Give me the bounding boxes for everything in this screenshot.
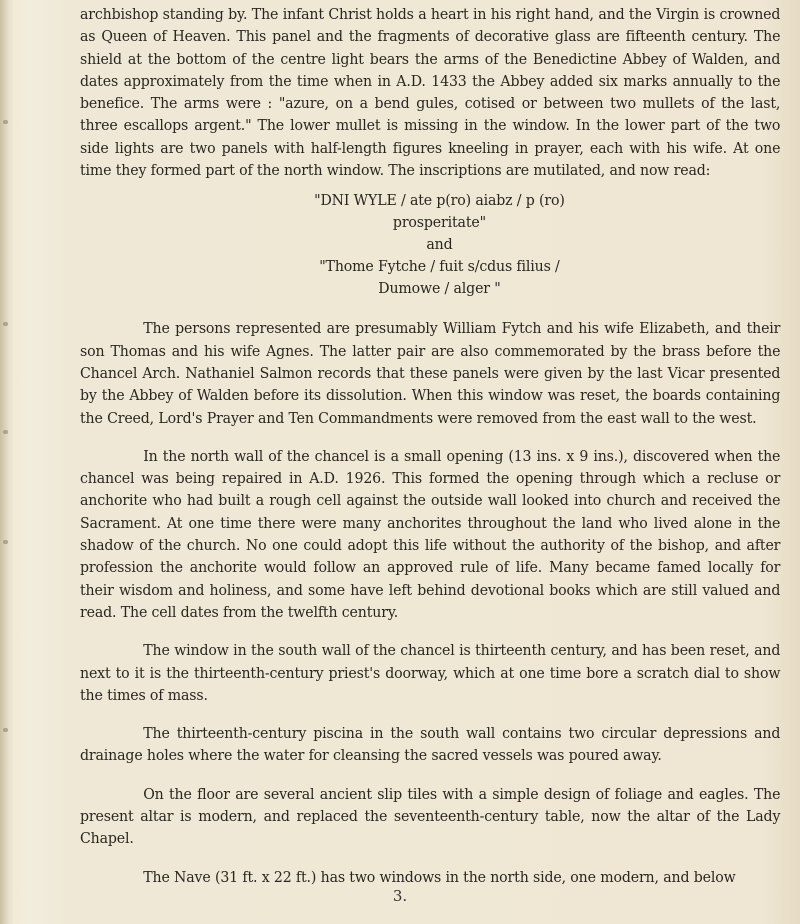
paragraph-fytch-panels: The persons represented are presumably W… xyxy=(80,317,780,428)
scanned-page: archbishop standing by. The infant Chris… xyxy=(0,0,800,924)
binding-hole xyxy=(3,430,8,434)
page-number: 3. xyxy=(0,887,800,905)
page-body: archbishop standing by. The infant Chris… xyxy=(80,3,780,888)
paragraph-anchorite-cell: In the north wall of the chancel is a sm… xyxy=(80,445,780,623)
binding-hole xyxy=(3,322,8,326)
paragraph-nave: The Nave (31 ft. x 22 ft.) has two windo… xyxy=(80,866,780,888)
paragraph-south-window: The window in the south wall of the chan… xyxy=(80,639,780,706)
binding-hole xyxy=(3,540,8,544)
inscription-line: and xyxy=(99,233,781,255)
inscription-line: "DNI WYLE / ate p(ro) aiabz / p (ro) xyxy=(99,189,781,211)
inscription-line: "Thome Fytche / fuit s/cdus filius / xyxy=(99,255,781,277)
page-binding-edge xyxy=(0,0,10,924)
binding-hole xyxy=(3,728,8,732)
inscription-line: prosperitate" xyxy=(99,211,781,233)
paragraph-slip-tiles: On the floor are several ancient slip ti… xyxy=(80,783,780,850)
paragraph-continued: archbishop standing by. The infant Chris… xyxy=(80,3,780,181)
inscription-line: Dumowe / alger " xyxy=(99,277,781,299)
paragraph-piscina: The thirteenth-century piscina in the so… xyxy=(80,722,780,767)
inscription-block: "DNI WYLE / ate p(ro) aiabz / p (ro) pro… xyxy=(80,189,780,299)
binding-hole xyxy=(3,120,8,124)
